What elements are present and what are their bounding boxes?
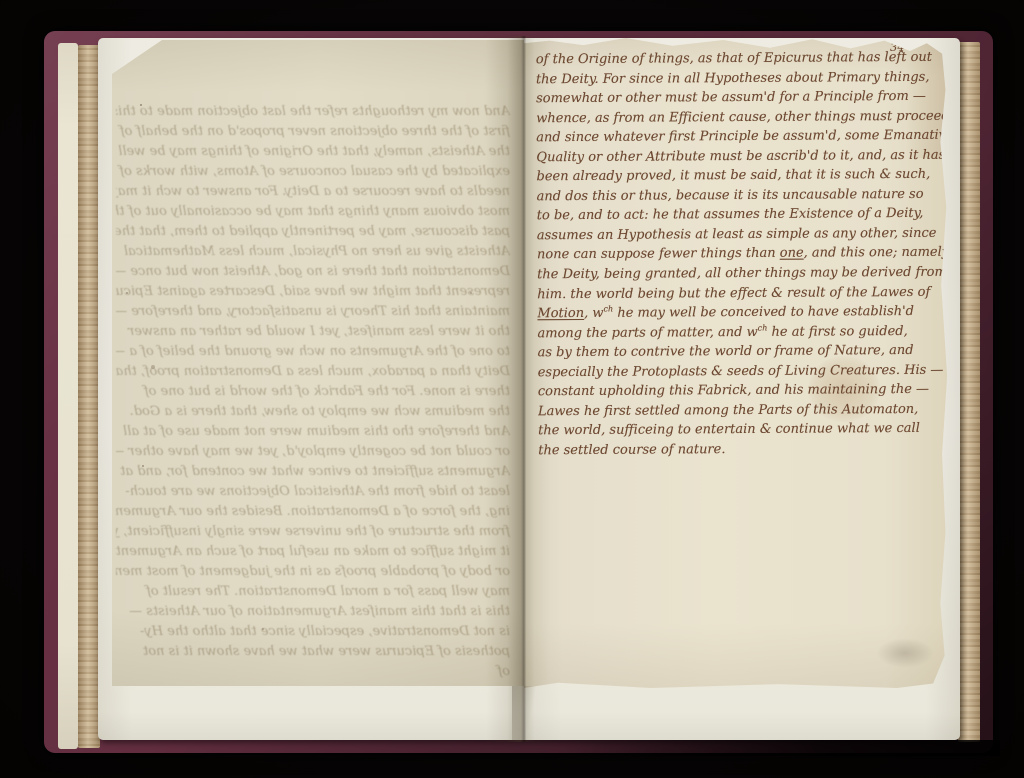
manuscript-line: the world, sufficeing to entertain & con… — [538, 419, 945, 441]
manuscript-text: of the Origine of things, as that of Epi… — [536, 48, 945, 461]
manuscript-line: Motion, wch he may well be conceived to … — [537, 302, 944, 324]
ghost-line: needls to have recourse to a Deity. For … — [116, 182, 510, 202]
paper-smudge — [876, 638, 934, 668]
ghost-line: is not Demonstrative, especially since t… — [116, 622, 510, 642]
manuscript-line: and dos this or thus, because it is its … — [537, 185, 944, 207]
ghost-line: there is none. For the Fabrick of the wo… — [116, 382, 510, 402]
ghost-line: pothesis of Epicurus were what we have s… — [116, 642, 510, 662]
ghost-line: tho it were less manifest, yet I would b… — [116, 322, 510, 342]
ghost-line: least to hide from the Atheistical Objec… — [116, 482, 510, 502]
page-block-fore-edge-left — [78, 45, 100, 748]
manuscript-line: the Deity, being granted, all other thin… — [537, 263, 944, 285]
ghost-line: Atheists give us here no Physical, much … — [116, 242, 510, 262]
ghost-line: of — [116, 662, 510, 680]
show-through-text: And now my rethoughts refer the last obj… — [116, 102, 510, 680]
gutter-shadow — [486, 36, 562, 742]
ghost-line: maintains that his Theory is unsatisfact… — [116, 302, 510, 322]
bottom-edge-shadow — [560, 740, 1000, 756]
manuscript-line: Lawes he first settled among the Parts o… — [538, 400, 945, 422]
manuscript-line: as by them to contrive the world or fram… — [538, 341, 945, 363]
manuscript-line: and since whatever first Principle be as… — [536, 126, 943, 148]
ghost-line: first of the three objections never prop… — [116, 122, 510, 142]
ghost-line: from the structure of the universe were … — [116, 522, 510, 542]
manuscript-line: the Deity. For since in all Hypotheses a… — [536, 67, 943, 89]
ghost-line: it might suffice to make an useful part … — [116, 542, 510, 562]
left-page: And now my rethoughts refer the last obj… — [112, 40, 524, 686]
ghost-line: the mediums wch we employ to shew, that … — [116, 402, 510, 422]
gutter-bottom-fold — [512, 686, 538, 740]
manuscript-line: been already proved, it must be said, th… — [536, 165, 943, 187]
ghost-line: past discourse, may be pertinently appli… — [116, 222, 510, 242]
ghost-line: represent that might we have said, Desca… — [116, 282, 510, 302]
ghost-line: And therefore tho this medium were not m… — [116, 422, 510, 442]
ghost-line: or could not be cogently employ'd, yet w… — [116, 442, 510, 462]
manuscript-line: to be, and to act: he that assumes the E… — [537, 204, 944, 226]
ghost-line: this is that this manifest Argumentation… — [116, 602, 510, 622]
manuscript-line: constant upholding this Fabrick, and his… — [538, 380, 945, 402]
page-block-fore-edge-right — [958, 42, 980, 742]
manuscript-line: of the Origine of things, as that of Epi… — [536, 48, 943, 70]
manuscript-line: somewhat or other must be assum'd for a … — [536, 87, 943, 109]
manuscript-line: assumes an Hypothesis at least as simple… — [537, 224, 944, 246]
manuscript-line: him. the world being but the effect & re… — [537, 282, 944, 304]
manuscript-line: none can suppose fewer things than one, … — [537, 243, 944, 265]
ghost-line: to one of the Arguments on wch we ground… — [116, 342, 510, 362]
manuscript-line: especially the Protoplasts & seeds of Li… — [538, 361, 945, 383]
ghost-line: or body of probable proofs as in the jud… — [116, 562, 510, 582]
flyleaf-edge-left — [58, 43, 78, 749]
manuscript-line: among the parts of matter, and wch he at… — [537, 321, 944, 343]
manuscript-line: whence, as from an Efficient cause, othe… — [536, 106, 943, 128]
photo-backdrop: And now my rethoughts refer the last obj… — [0, 0, 1024, 778]
ghost-line: Deity than a paradox, much less a Demons… — [116, 362, 510, 382]
ghost-line: may well pass for a moral Demonstration.… — [116, 582, 510, 602]
ghost-line: Demonstration that there is no god, Athe… — [116, 262, 510, 282]
ghost-line: explicated by the casual concourse of At… — [116, 162, 510, 182]
ghost-line: And now my rethoughts refer the last obj… — [116, 102, 510, 122]
ghost-line: ing, the force of a Demonstration. Besid… — [116, 502, 510, 522]
manuscript-line: Quality or other Attribute must be ascri… — [536, 145, 943, 167]
manuscript-line: the settled course of nature. — [538, 439, 945, 461]
ghost-line: the Atheists, namely, that the Origine o… — [116, 142, 510, 162]
ghost-line: Arguments sufficient to evince what we c… — [116, 462, 510, 482]
right-page: 34 of the Origine of things, as that of … — [524, 38, 948, 688]
ghost-line: most obvious many things that may be occ… — [116, 202, 510, 222]
